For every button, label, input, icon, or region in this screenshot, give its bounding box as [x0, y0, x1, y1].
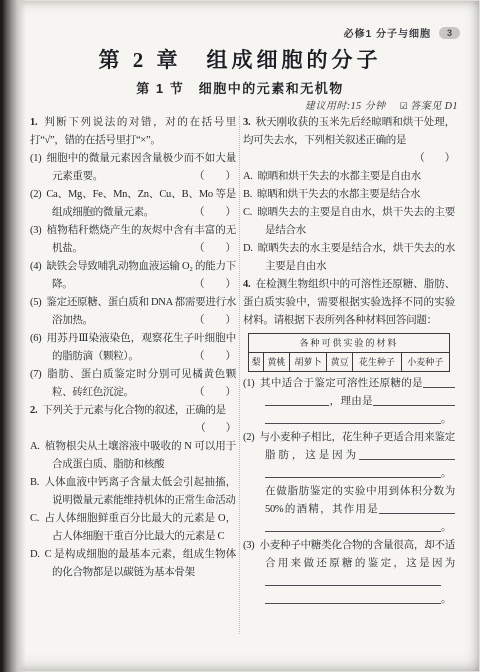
page-header: 必修1 分子与细胞3 [344, 25, 460, 40]
materials-table-header: 各种可供实验的材料 [249, 334, 450, 353]
answer-paren: （ ） [194, 276, 236, 294]
question-3-text: 秋天刚收获的玉米先后经晾晒和烘干处理，均可失去水，下列相关叙述正确的是 [243, 117, 455, 146]
material-cell: 黄豆 [327, 353, 353, 372]
material-cell: 黄桃 [263, 353, 289, 372]
tf-item-7: (7)脂肪、蛋白质鉴定时分别可见橘黄色颗粒、砖红色沉淀。（ ） [30, 366, 236, 402]
answer-blank [265, 465, 441, 478]
suggested-time-label: 建议用时:15 分钟 [305, 101, 386, 112]
question-3-stem: 3.秋天刚收获的玉米先后经晾晒和烘干处理，均可失去水，下列相关叙述正确的是 [243, 114, 455, 150]
answer-paren: （ ） [194, 204, 236, 222]
edition-label: 必修1 分子与细胞 [344, 29, 431, 40]
answer-blank [265, 591, 441, 604]
answer-paren: （ ） [194, 384, 236, 402]
tf-item-1: (1)细胞中的微量元素因含量极少而不如大量元素重要。（ ） [30, 150, 236, 186]
answer-blank [359, 447, 455, 460]
question-2-text: 下列关于元素与化合物的叙述，正确的是 [42, 405, 226, 416]
answer-paren: （ ） [194, 168, 236, 186]
tf-item-4: (4)缺铁会导致哺乳动物血液运输 O₂ 的能力下降。（ ） [30, 258, 236, 294]
answer-blank [265, 393, 329, 406]
tf-item-3: (3)植物秸秆燃烧产生的灰烬中含有丰富的无机盐。（ ） [30, 222, 236, 258]
answer-paren: （ ） [30, 420, 236, 438]
answer-paren: （ ） [194, 348, 236, 366]
question-2-stem: 2.下列关于元素与化合物的叙述，正确的是 [30, 402, 236, 420]
material-cell: 花生种子 [353, 353, 401, 372]
answer-blank [265, 573, 441, 586]
q4-item-3: (3)小麦种子中糖类化合物的含量很高，却不适合用来做还原糖的鉴定，这是因为。 [243, 537, 455, 609]
question-4-stem: 4.在检测生物组织中的可溶性还原糖、脂肪、蛋白质实验中，需要根据实验选择不同的实… [243, 276, 455, 330]
question-1-text: 判断下列说法的对错，对的在括号里打“√”，错的在括号里打“×”。 [30, 117, 236, 146]
tf-item-5: (5)鉴定还原糖、蛋白质和 DNA 都需要进行水浴加热。（ ） [30, 294, 236, 330]
q2-option-d: D.C 是构成细胞的最基本元素，组成生物体的化合物都是以碳链为基本骨架 [30, 546, 236, 582]
question-2-number: 2. [30, 405, 37, 416]
answer-blank [379, 501, 455, 514]
material-cell: 小麦种子 [401, 353, 449, 372]
answer-blank [423, 375, 455, 388]
answer-paren: （ ） [243, 150, 455, 168]
column-divider [239, 116, 240, 634]
answer-blank [373, 393, 455, 406]
q3-option-a: A.晾晒和烘干失去的水都主要是自由水 [243, 168, 455, 186]
q3-option-c: C.晾晒失去的主要是自由水，烘干失去的主要是结合水 [243, 204, 455, 240]
q2-option-b: B.人体血液中钙离子含量太低会引起抽搐，说明微量元素能维持机体的正常生命活动 [30, 474, 236, 510]
answer-blank [265, 411, 441, 424]
page-number-badge: 3 [439, 27, 460, 39]
right-column: 3.秋天刚收获的玉米先后经晾晒和烘干处理，均可失去水，下列相关叙述正确的是 （ … [243, 114, 455, 664]
book-spine-shadow [0, 0, 26, 672]
two-column-body: 1.判断下列说法的对错，对的在括号里打“√”，错的在括号里打“×”。 (1)细胞… [30, 114, 460, 664]
material-cell: 胡萝卜 [289, 353, 326, 372]
q4-item-2: (2)与小麦种子相比，花生种子更适合用来鉴定脂肪，这是因为。 在做脂肪鉴定的实验… [243, 429, 455, 537]
q3-option-b: B.晾晒和烘干失去的水都主要是结合水 [243, 186, 455, 204]
scanned-workbook-page: 必修1 分子与细胞3 第 2 章 组成细胞的分子 第 1 节 细胞中的元素和无机… [0, 0, 480, 672]
question-1-number: 1. [30, 117, 37, 128]
section-title: 第 1 节 细胞中的元素和无机物 [0, 78, 480, 97]
tf-item-6: (6)用苏丹Ⅲ染液染色，观察花生子叶细胞中的脂肪滴（颗粒）。（ ） [30, 330, 236, 366]
left-column: 1.判断下列说法的对错，对的在括号里打“√”，错的在括号里打“×”。 (1)细胞… [30, 114, 236, 664]
answer-reference-label: 答案见 D1 [410, 101, 458, 112]
chapter-title: 第 2 章 组成细胞的分子 [0, 44, 480, 74]
q3-option-d: D.晾晒失去的水主要是结合水，烘干失去的水主要是自由水 [243, 240, 455, 276]
q4-item-1: (1)其中适合于鉴定可溶性还原糖的是，理由是。 [243, 375, 455, 429]
meta-line: 建议用时:15 分钟☑答案见 D1 [0, 97, 458, 112]
materials-table: 各种可供实验的材料 梨 黄桃 胡萝卜 黄豆 花生种子 小麦种子 [248, 333, 450, 372]
question-3-number: 3. [243, 117, 250, 128]
question-4-text: 在检测生物组织中的可溶性还原糖、脂肪、蛋白质实验中，需要根据实验选择不同的实验材… [243, 279, 455, 326]
tf-item-2: (2)Ca、Mg、Fe、Mn、Zn、Cu、B、Mo 等是组成细胞的微量元素。（ … [30, 186, 236, 222]
answer-paren: （ ） [194, 312, 236, 330]
q4-item-2-continued: 在做脂肪鉴定的实验中用到体积分数为50%的酒精，其作用是。 [265, 483, 455, 537]
q2-option-c: C.占人体细胞鲜重百分比最大的元素是 O，占人体细胞干重百分比最大的元素是 C [30, 510, 236, 546]
q2-option-a: A.植物根尖从土壤溶液中吸收的 N 可以用于合成蛋白质、脂肪和核酸 [30, 438, 236, 474]
answer-paren: （ ） [194, 240, 236, 258]
answer-checkbox-icon: ☑ [400, 101, 409, 111]
material-cell: 梨 [249, 353, 264, 372]
question-1-stem: 1.判断下列说法的对错，对的在括号里打“√”，错的在括号里打“×”。 [30, 114, 236, 150]
question-4-number: 4. [243, 279, 250, 290]
answer-blank [265, 519, 441, 532]
